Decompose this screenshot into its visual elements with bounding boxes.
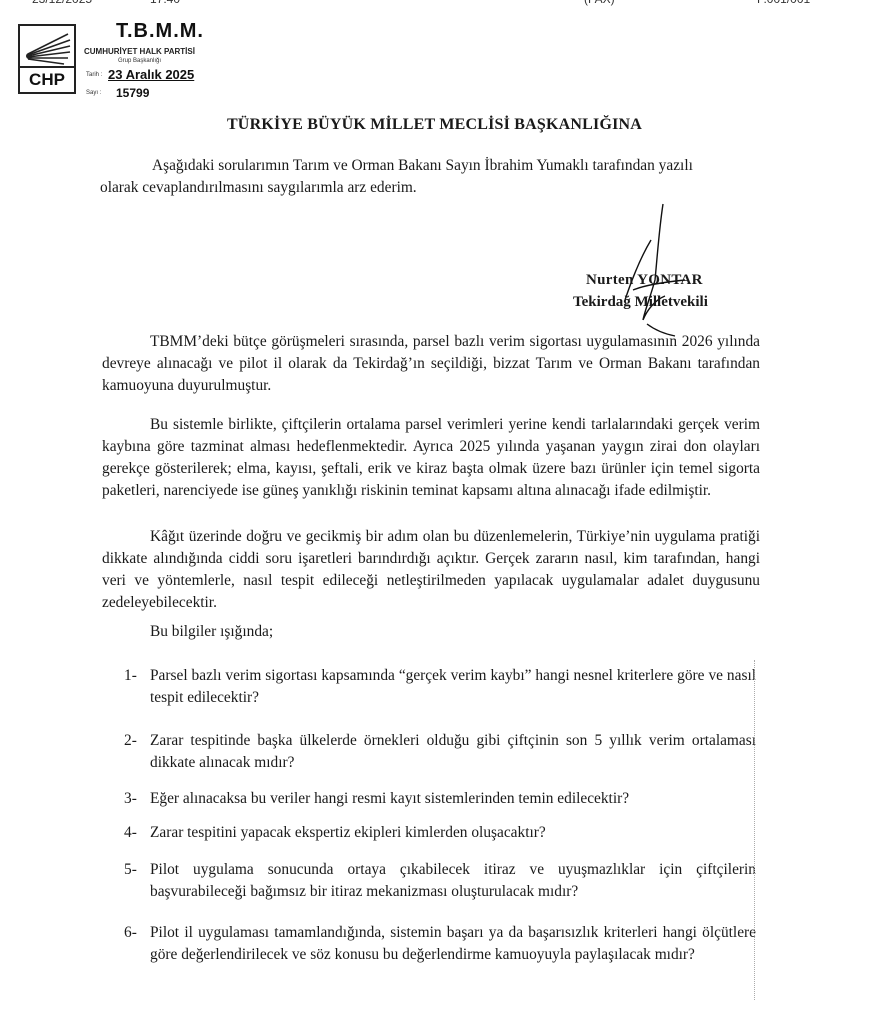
fax-header: 23/12/2025 17:40 (FAX) P.001/001 xyxy=(0,0,869,6)
question-text: Zarar tespitinde başka ülkelerde örnekle… xyxy=(150,730,756,774)
paragraph-text: TBMM’deki bütçe görüşmeleri sırasında, p… xyxy=(102,331,760,397)
question-number: 2- xyxy=(124,730,137,752)
questions-lead: Bu bilgiler ışığında; xyxy=(150,621,273,643)
fax-time: 17:40 xyxy=(150,0,180,6)
question-number: 5- xyxy=(124,859,137,881)
question-number: 3- xyxy=(124,788,137,810)
chp-logo-text: CHP xyxy=(20,66,74,92)
stamp-date-label: Tarih : xyxy=(86,72,102,78)
document-title: TÜRKİYE BÜYÜK MİLLET MECLİSİ BAŞKANLIĞIN… xyxy=(0,116,869,134)
signatory-title: Tekirdağ Milletvekili xyxy=(573,294,708,311)
stamp-title: T.B.M.M. xyxy=(116,20,204,43)
stamp-number: 15799 xyxy=(116,86,149,100)
question-text: Eğer alınacaksa bu veriler hangi resmi k… xyxy=(150,788,756,810)
signatory-name: Nurten YONTAR xyxy=(586,272,703,289)
scan-edge-mark xyxy=(754,660,757,1000)
paragraph-text: Kâğıt üzerinde doğru ve gecikmiş bir adı… xyxy=(102,526,760,614)
stamp-party: CUMHURİYET HALK PARTİSİ xyxy=(84,47,195,56)
fax-page-number: P.001/001 xyxy=(757,0,810,6)
intro-line-1: Aşağıdaki sorularımın Tarım ve Orman Bak… xyxy=(100,155,760,177)
chp-logo: CHP xyxy=(18,24,76,94)
stamp-subtitle: Grup Başkanlığı xyxy=(118,58,161,64)
fax-label: (FAX) xyxy=(584,0,615,6)
question-number: 4- xyxy=(124,822,137,844)
question-number: 1- xyxy=(124,665,137,687)
six-arrows-icon xyxy=(22,28,74,68)
question-text: Pilot il uygulaması tamamlandığında, sis… xyxy=(150,922,756,966)
intro-paragraph: Aşağıdaki sorularımın Tarım ve Orman Bak… xyxy=(100,155,760,199)
handwritten-signature xyxy=(585,200,705,340)
question-number: 6- xyxy=(124,922,137,944)
intro-line-2: olarak cevaplandırılmasını saygılarımla … xyxy=(100,177,760,199)
body-paragraph-3: Kâğıt üzerinde doğru ve gecikmiş bir adı… xyxy=(102,526,760,614)
paragraph-text: Bu sistemle birlikte, çiftçilerin ortala… xyxy=(102,414,760,502)
question-text: Parsel bazlı verim sigortası kapsamında … xyxy=(150,665,756,709)
fax-date: 23/12/2025 xyxy=(32,0,92,6)
body-paragraph-1: TBMM’deki bütçe görüşmeleri sırasında, p… xyxy=(102,331,760,397)
stamp-date: 23 Aralık 2025 xyxy=(108,67,194,82)
question-text: Zarar tespitini yapacak ekspertiz ekiple… xyxy=(150,822,756,844)
body-paragraph-2: Bu sistemle birlikte, çiftçilerin ortala… xyxy=(102,414,760,502)
stamp-number-label: Sayı : xyxy=(86,90,101,96)
question-text: Pilot uygulama sonucunda ortaya çıkabile… xyxy=(150,859,756,903)
